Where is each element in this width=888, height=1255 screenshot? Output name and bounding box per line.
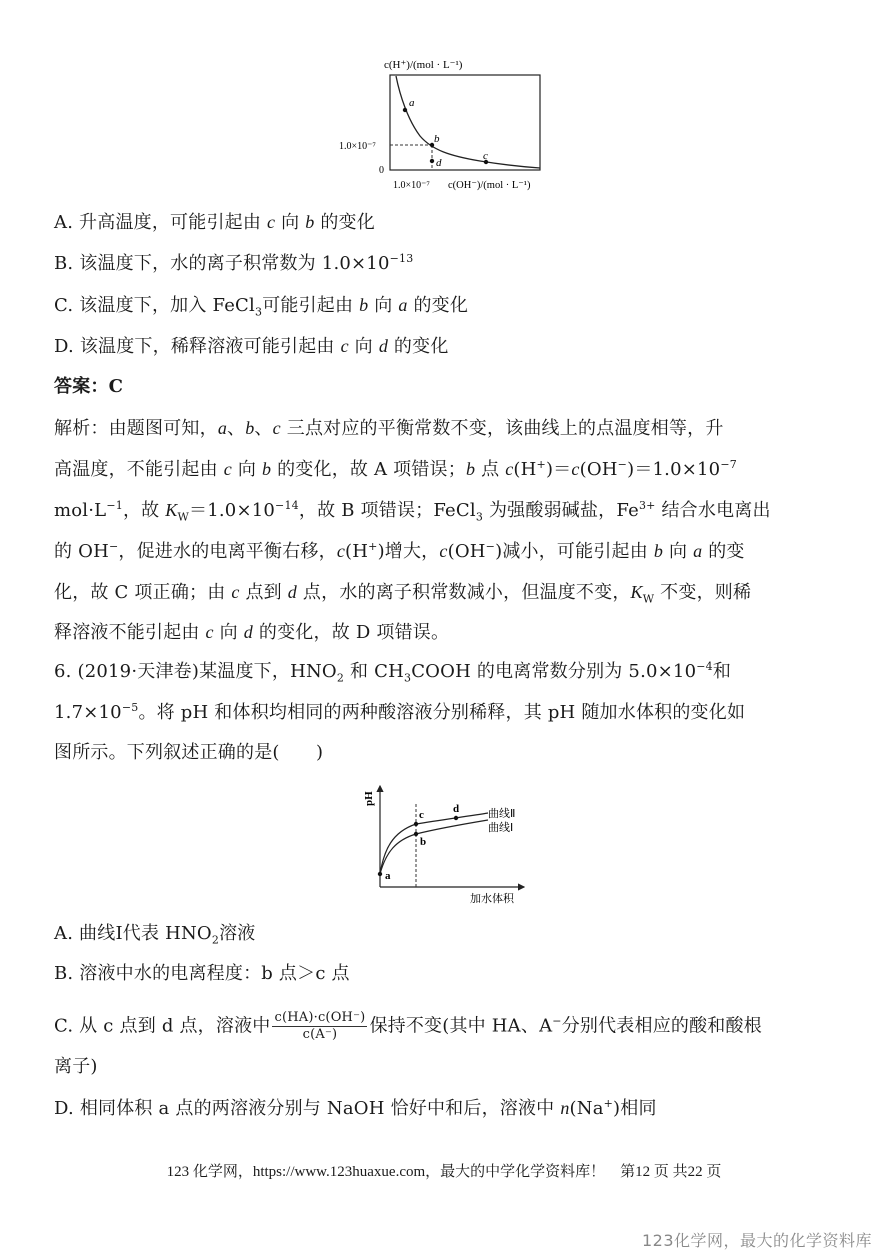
- figure1-ytick: 1.0×10⁻⁷: [339, 141, 376, 152]
- q6-option-c: C. 从 c 点到 d 点，溶液中c(HA)·c(OH⁻)c(A⁻)保持不变(其…: [54, 1010, 762, 1043]
- var: a: [398, 295, 407, 315]
- sup: −14: [275, 499, 299, 512]
- text: 结合水电离出: [656, 500, 771, 521]
- figure2-curve2-label: 曲线Ⅱ: [488, 806, 515, 820]
- var: a: [693, 541, 702, 561]
- text: ，故: [123, 500, 165, 521]
- text: 、: [227, 418, 245, 439]
- sup: +: [604, 1097, 613, 1110]
- var: b: [654, 541, 663, 561]
- figure1-point-d: [430, 159, 434, 163]
- var: n: [560, 1098, 569, 1118]
- figure2-point-d: [454, 816, 458, 820]
- text: 的变化: [388, 336, 449, 357]
- fraction-denominator: c(A⁻): [272, 1027, 367, 1043]
- text: 高温度，不能引起由: [54, 459, 224, 480]
- figure2-point-b: [414, 832, 418, 836]
- text: 、: [254, 418, 272, 439]
- figure1-origin: 0: [379, 165, 384, 176]
- var: c: [231, 582, 239, 602]
- text: 保持不变(其中 HA、A: [369, 1016, 552, 1037]
- figure1-label-c: c: [483, 150, 488, 162]
- sup: −: [486, 540, 495, 553]
- figure2-curve1-label: 曲线Ⅰ: [488, 820, 513, 834]
- figure1-xtick: 1.0×10⁻⁷: [393, 180, 430, 191]
- text: 点: [475, 459, 505, 480]
- analysis-line-2: 高温度，不能引起由 c 向 b 的变化，故 A 项错误；b 点 c(H+)＝c(…: [54, 457, 737, 482]
- text: 向: [275, 212, 305, 233]
- text: 的变: [702, 541, 744, 562]
- text: B. 该温度下，水的离子积常数为 1.0×10: [54, 253, 390, 274]
- figure2-label-c: c: [419, 809, 424, 821]
- text: ，促进水的电离平衡右移，: [118, 541, 336, 562]
- sup: +: [537, 458, 546, 471]
- var: c: [571, 459, 579, 479]
- sup: −1: [106, 499, 123, 512]
- analysis-line-6: 释溶液不能引起由 c 向 d 的变化，故 D 项错误。: [54, 620, 449, 645]
- exponent: −13: [390, 252, 414, 265]
- text: 向: [349, 336, 379, 357]
- var: b: [359, 295, 368, 315]
- var: c: [341, 336, 349, 356]
- text: 点，水的离子积常数减小，但温度不变，: [297, 582, 631, 603]
- q5-option-c: C. 该温度下，加入 FeCl3可能引起由 b 向 a 的变化: [54, 293, 468, 318]
- text: 向: [663, 541, 693, 562]
- text: C. 从 c 点到 d 点，溶液中: [54, 1016, 270, 1037]
- text: mol·L: [54, 500, 106, 521]
- figure2-curve-1: [380, 820, 488, 874]
- text: 1.7×10: [54, 702, 122, 723]
- text: ＝1.0×10: [189, 500, 275, 521]
- text: (OH: [580, 459, 618, 480]
- text: 向: [232, 459, 262, 480]
- text: A. 曲线I代表 HNO: [54, 923, 212, 944]
- q6-option-c-line2: 离子): [54, 1055, 98, 1079]
- text: 图所示。下列叙述正确的是( ): [54, 742, 323, 763]
- sup: −7: [720, 458, 737, 471]
- q6-option-b: B. 溶液中水的电离程度：b 点＞c 点: [54, 962, 350, 986]
- q6-line-1: 6. (2019·天津卷)某温度下，HNO2 和 CH3COOH 的电离常数分别…: [54, 660, 731, 684]
- text: (OH: [448, 541, 486, 562]
- text: 解析：由题图可知，: [54, 418, 218, 439]
- text: 。将 pH 和体积均相同的两种酸溶液分别稀释，其 pH 随加水体积的变化如: [138, 702, 745, 723]
- text: 三点对应的平衡常数不变，该曲线上的点温度相等，升: [281, 418, 724, 439]
- text: 6. (2019·天津卷)某温度下，HNO: [54, 661, 337, 682]
- figure1-label-b: b: [434, 133, 440, 145]
- sup: −5: [122, 701, 139, 714]
- watermark: 123化学网，最大的化学资料库: [642, 1228, 872, 1251]
- text: 不变，则稀: [654, 582, 751, 603]
- text: 化，故 C 项正确；由: [54, 582, 231, 603]
- text: )＝1.0×10: [627, 459, 720, 480]
- var: c: [337, 541, 345, 561]
- text: (Na: [570, 1098, 604, 1119]
- var: b: [466, 459, 475, 479]
- sub: W: [643, 593, 655, 606]
- q5-option-a: A. 升高温度，可能引起由 c 向 b 的变化: [54, 210, 375, 235]
- figure1-xlabel: c(OH⁻)/(mol · L⁻¹): [448, 180, 531, 191]
- text: 和: [713, 661, 731, 682]
- text: C. 该温度下，加入 FeCl: [54, 295, 255, 316]
- answer-label: 答案：: [54, 376, 109, 397]
- answer-line: 答案：C: [54, 375, 123, 399]
- text: 点到: [240, 582, 288, 603]
- text: )相同: [613, 1098, 657, 1119]
- text: 向: [368, 295, 398, 316]
- sup: −: [552, 1015, 561, 1028]
- figure2-label-a: a: [385, 870, 391, 882]
- figure2-label-b: b: [420, 836, 426, 848]
- sub: 3: [476, 511, 483, 524]
- page-footer: 123 化学网，https://www.123huaxue.com，最大的中学化…: [0, 1160, 888, 1181]
- figure2-point-c: [414, 822, 418, 826]
- q6-option-d: D. 相同体积 a 点的两溶液分别与 NaOH 恰好中和后，溶液中 n(Na+)…: [54, 1096, 657, 1121]
- text: 的变化: [314, 212, 375, 233]
- q6-line-2: 1.7×10−5。将 pH 和体积均相同的两种酸溶液分别稀释，其 pH 随加水体…: [54, 701, 745, 725]
- var: d: [244, 622, 253, 642]
- figure1-frame: [390, 75, 540, 170]
- text: )＝: [546, 459, 571, 480]
- text: D. 该温度下，稀释溶液可能引起由: [54, 336, 341, 357]
- sub: W: [178, 511, 190, 524]
- text: B. 溶液中水的电离程度：b 点＞c 点: [54, 963, 350, 984]
- var: c: [273, 418, 281, 438]
- text: COOH 的电离常数分别为 5.0×10: [411, 661, 696, 682]
- figure2-ylabel: pH: [363, 791, 375, 806]
- text: 向: [214, 622, 244, 643]
- q6-line-3: 图所示。下列叙述正确的是( ): [54, 741, 323, 765]
- text: 离子): [54, 1056, 98, 1077]
- text: ，故 B 项错误；FeCl: [299, 500, 476, 521]
- text: 为强酸弱碱盐，Fe: [483, 500, 639, 521]
- var: a: [218, 418, 227, 438]
- var: c: [439, 541, 447, 561]
- text: 的 OH: [54, 541, 109, 562]
- sup: −: [618, 458, 627, 471]
- sup: −: [109, 540, 118, 553]
- text: )增大，: [378, 541, 440, 562]
- answer-value: C: [109, 376, 124, 397]
- figure-kw-curve: c(H⁺)/(mol · L⁻¹) a b c d 1.0×10⁻⁷ 0 1.0…: [330, 50, 560, 200]
- figure2-xlabel: 加水体积: [470, 891, 515, 905]
- var: c: [267, 212, 275, 232]
- fraction-numerator: c(HA)·c(OH⁻): [272, 1010, 367, 1027]
- figure1-curve: [396, 76, 540, 168]
- text: 释溶液不能引起由: [54, 622, 206, 643]
- figure2-point-a: [378, 872, 382, 876]
- figure2-label-d: d: [453, 803, 459, 815]
- analysis-line-5: 化，故 C 项正确；由 c 点到 d 点，水的离子积常数减小，但温度不变，KW …: [54, 580, 751, 605]
- q5-option-b: B. 该温度下，水的离子积常数为 1.0×10−13: [54, 252, 413, 276]
- text: (H: [513, 459, 536, 480]
- figure2-curve-2: [380, 813, 488, 874]
- figure-ph-dilution: pH a c b d 曲线Ⅱ 曲线Ⅰ 加水体积: [350, 780, 540, 910]
- text: A. 升高温度，可能引起由: [54, 212, 267, 233]
- text: )减小，可能引起由: [495, 541, 654, 562]
- var: c: [224, 459, 232, 479]
- figure1-label-a: a: [409, 97, 415, 109]
- text: D. 相同体积 a 点的两溶液分别与 NaOH 恰好中和后，溶液中: [54, 1098, 560, 1119]
- text: 溶液: [219, 923, 255, 944]
- sub: 2: [337, 672, 344, 685]
- var: d: [379, 336, 388, 356]
- text: 的变化: [408, 295, 469, 316]
- text: 分别代表相应的酸和酸根: [562, 1016, 762, 1037]
- var: c: [206, 622, 214, 642]
- analysis-line-1: 解析：由题图可知，a、b、c 三点对应的平衡常数不变，该曲线上的点温度相等，升: [54, 416, 724, 441]
- text: 和 CH: [344, 661, 404, 682]
- var: b: [262, 459, 271, 479]
- text: 的变化，故 A 项错误；: [271, 459, 466, 480]
- text: (H: [345, 541, 368, 562]
- figure1-point-a: [403, 108, 407, 112]
- var: d: [288, 582, 297, 602]
- text: 可能引起由: [262, 295, 359, 316]
- text: 的变化，故 D 项错误。: [253, 622, 449, 643]
- sup: 3+: [639, 499, 656, 512]
- sup: −4: [696, 660, 713, 673]
- sub: 2: [212, 934, 219, 947]
- fraction: c(HA)·c(OH⁻)c(A⁻): [272, 1010, 367, 1043]
- q6-option-a: A. 曲线I代表 HNO2溶液: [54, 922, 256, 946]
- analysis-line-4: 的 OH−，促进水的电离平衡右移，c(H+)增大，c(OH−)减小，可能引起由 …: [54, 539, 745, 564]
- analysis-line-3: mol·L−1，故 KW＝1.0×10−14，故 B 项错误；FeCl3 为强酸…: [54, 498, 771, 523]
- q5-option-d: D. 该温度下，稀释溶液可能引起由 c 向 d 的变化: [54, 334, 449, 359]
- sup: +: [368, 540, 377, 553]
- var: K: [165, 500, 177, 520]
- figure1-ylabel: c(H⁺)/(mol · L⁻¹): [384, 59, 463, 71]
- var: K: [631, 582, 643, 602]
- figure1-label-d: d: [436, 157, 442, 169]
